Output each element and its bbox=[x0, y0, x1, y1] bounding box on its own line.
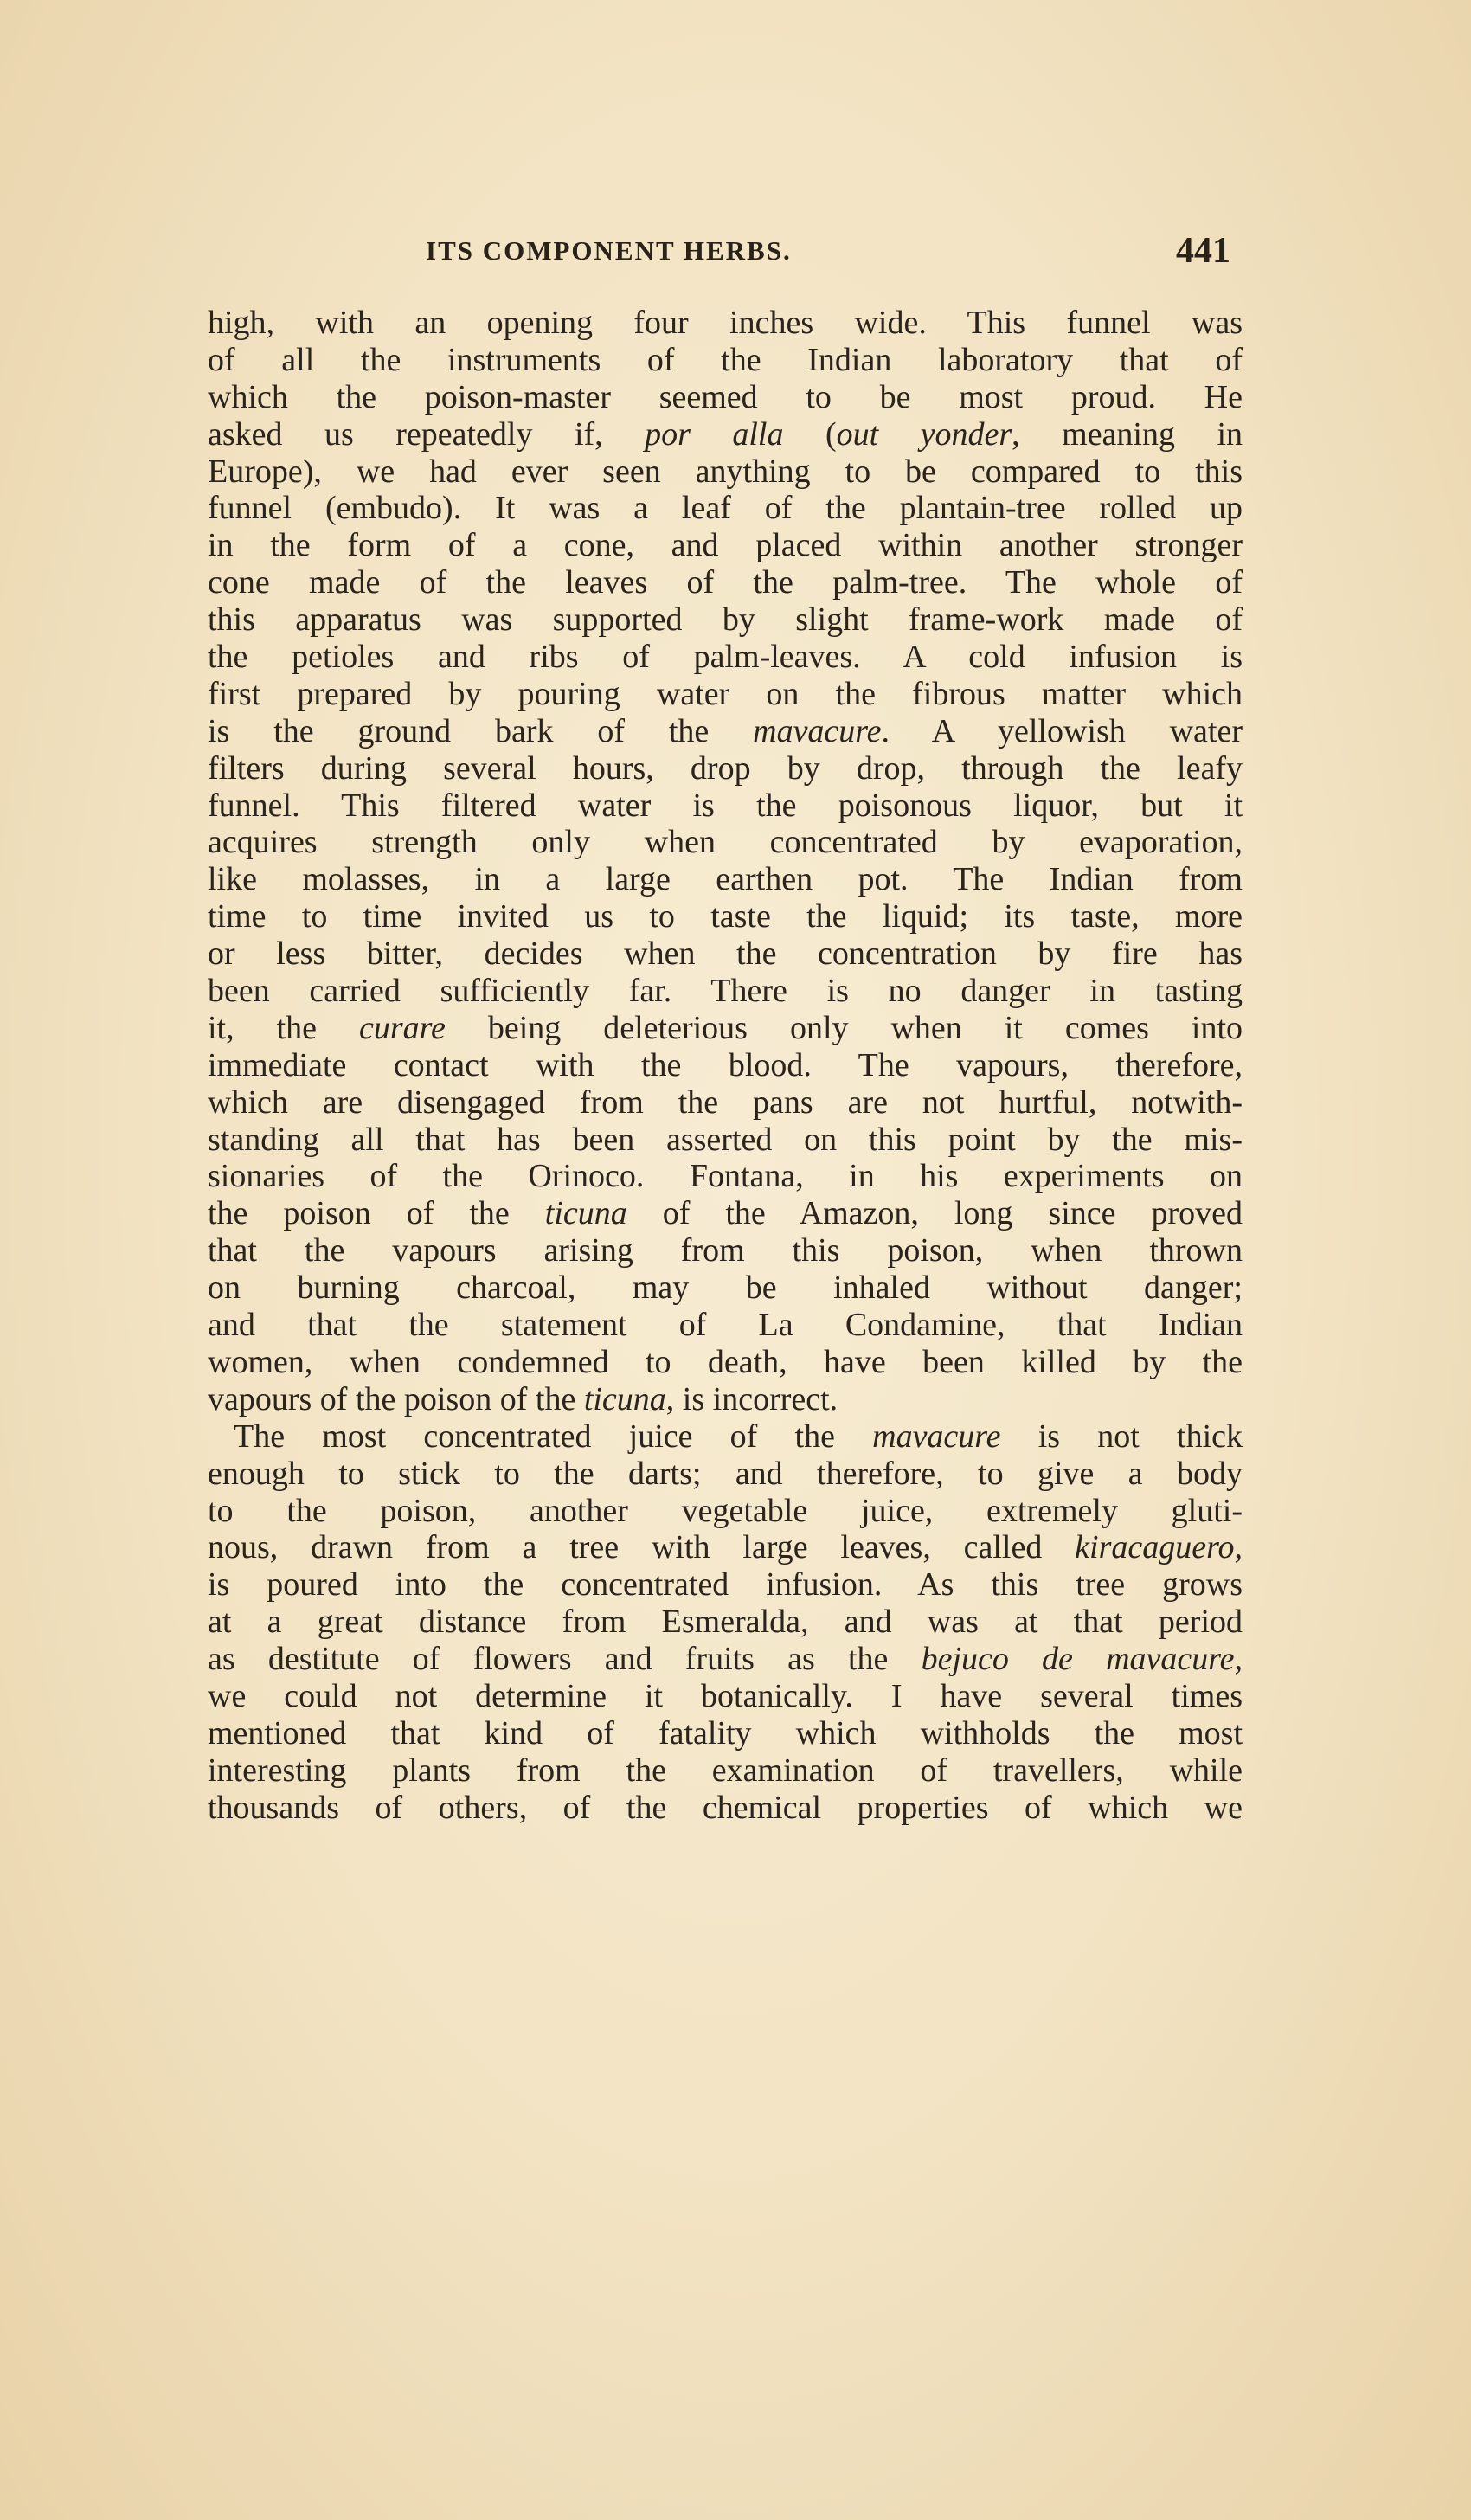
text-line: asked us repeatedly if, por alla (out yo… bbox=[208, 416, 1243, 453]
text-line: been carried sufficiently far. There is … bbox=[208, 973, 1243, 1010]
italic-term: mavacure bbox=[872, 1418, 1000, 1455]
text-line: acquires strength only when concentrated… bbox=[208, 824, 1243, 861]
text-line: at a great distance from Esmeralda, and … bbox=[208, 1604, 1243, 1641]
text-line: is poured into the concentrated infusion… bbox=[208, 1566, 1243, 1604]
italic-term: ticuna bbox=[584, 1381, 666, 1417]
text-line: or less bitter, decides when the concent… bbox=[208, 935, 1243, 973]
body-text: high, with an opening four inches wide. … bbox=[208, 305, 1243, 1827]
italic-term: ticuna bbox=[545, 1195, 627, 1231]
text-line: which the poison-master seemed to be mos… bbox=[208, 379, 1243, 416]
italic-term: por alla bbox=[645, 416, 783, 453]
text-line: as destitute of flowers and fruits as th… bbox=[208, 1641, 1243, 1678]
text-line: nous, drawn from a tree with large leave… bbox=[208, 1529, 1243, 1566]
text-line: it, the curare being deleterious only wh… bbox=[208, 1010, 1243, 1047]
text-line: high, with an opening four inches wide. … bbox=[208, 305, 1243, 342]
text-line: and that the statement of La Condamine, … bbox=[208, 1307, 1243, 1344]
text-line: time to time invited us to taste the liq… bbox=[208, 898, 1243, 935]
text-line: the poison of the ticuna of the Amazon, … bbox=[208, 1195, 1243, 1232]
text-line: sionaries of the Orinoco. Fontana, in hi… bbox=[208, 1158, 1243, 1195]
text-line: Europe), we had ever seen anything to be… bbox=[208, 453, 1243, 491]
text-line: women, when condemned to death, have bee… bbox=[208, 1344, 1243, 1381]
text-line: filters during several hours, drop by dr… bbox=[208, 750, 1243, 787]
text-line: immediate contact with the blood. The va… bbox=[208, 1047, 1243, 1084]
text-line: the petioles and ribs of palm-leaves. A … bbox=[208, 639, 1243, 676]
text-line: which are disengaged from the pans are n… bbox=[208, 1084, 1243, 1122]
italic-term: kiracaguero bbox=[1075, 1529, 1234, 1565]
italic-term: mavacure bbox=[753, 713, 881, 749]
page-number: 441 bbox=[1176, 230, 1230, 272]
italic-term: out yonder bbox=[837, 416, 1012, 453]
text-line-paragraph-start: The most concentrated juice of the mavac… bbox=[208, 1418, 1243, 1456]
text-line: interesting plants from the examination … bbox=[208, 1752, 1243, 1790]
book-page: ITS COMPONENT HERBS. 441 high, with an o… bbox=[0, 0, 1471, 2520]
running-title: ITS COMPONENT HERBS. bbox=[426, 235, 792, 267]
text-line: cone made of the leaves of the palm-tree… bbox=[208, 564, 1243, 601]
text-line: first prepared by pouring water on the f… bbox=[208, 676, 1243, 713]
text-line: standing all that has been asserted on t… bbox=[208, 1122, 1243, 1159]
text-line: is the ground bark of the mavacure. A ye… bbox=[208, 713, 1243, 750]
text-line: funnel. This filtered water is the poiso… bbox=[208, 787, 1243, 825]
text-line: this apparatus was supported by slight f… bbox=[208, 601, 1243, 639]
text-line: in the form of a cone, and placed within… bbox=[208, 527, 1243, 564]
text-line: funnel (embudo). It was a leaf of the pl… bbox=[208, 490, 1243, 527]
text-line: thousands of others, of the chemical pro… bbox=[208, 1790, 1243, 1827]
italic-term: bejuco de mavacure bbox=[922, 1641, 1235, 1677]
text-line: on burning charcoal, may be inhaled with… bbox=[208, 1270, 1243, 1307]
text-line: enough to stick to the darts; and theref… bbox=[208, 1456, 1243, 1493]
text-line: to the poison, another vegetable juice, … bbox=[208, 1493, 1243, 1530]
text-line: of all the instruments of the Indian lab… bbox=[208, 342, 1243, 379]
running-header: ITS COMPONENT HERBS. 441 bbox=[208, 232, 1243, 275]
text-line: mentioned that kind of fatality which wi… bbox=[208, 1715, 1243, 1752]
text-line-paragraph-end: vapours of the poison of the ticuna, is … bbox=[208, 1381, 1243, 1418]
italic-term: curare bbox=[359, 1010, 446, 1046]
text-line: that the vapours arising from this poiso… bbox=[208, 1232, 1243, 1270]
text-line: like molasses, in a large earthen pot. T… bbox=[208, 861, 1243, 898]
text-line: we could not determine it botanically. I… bbox=[208, 1678, 1243, 1715]
